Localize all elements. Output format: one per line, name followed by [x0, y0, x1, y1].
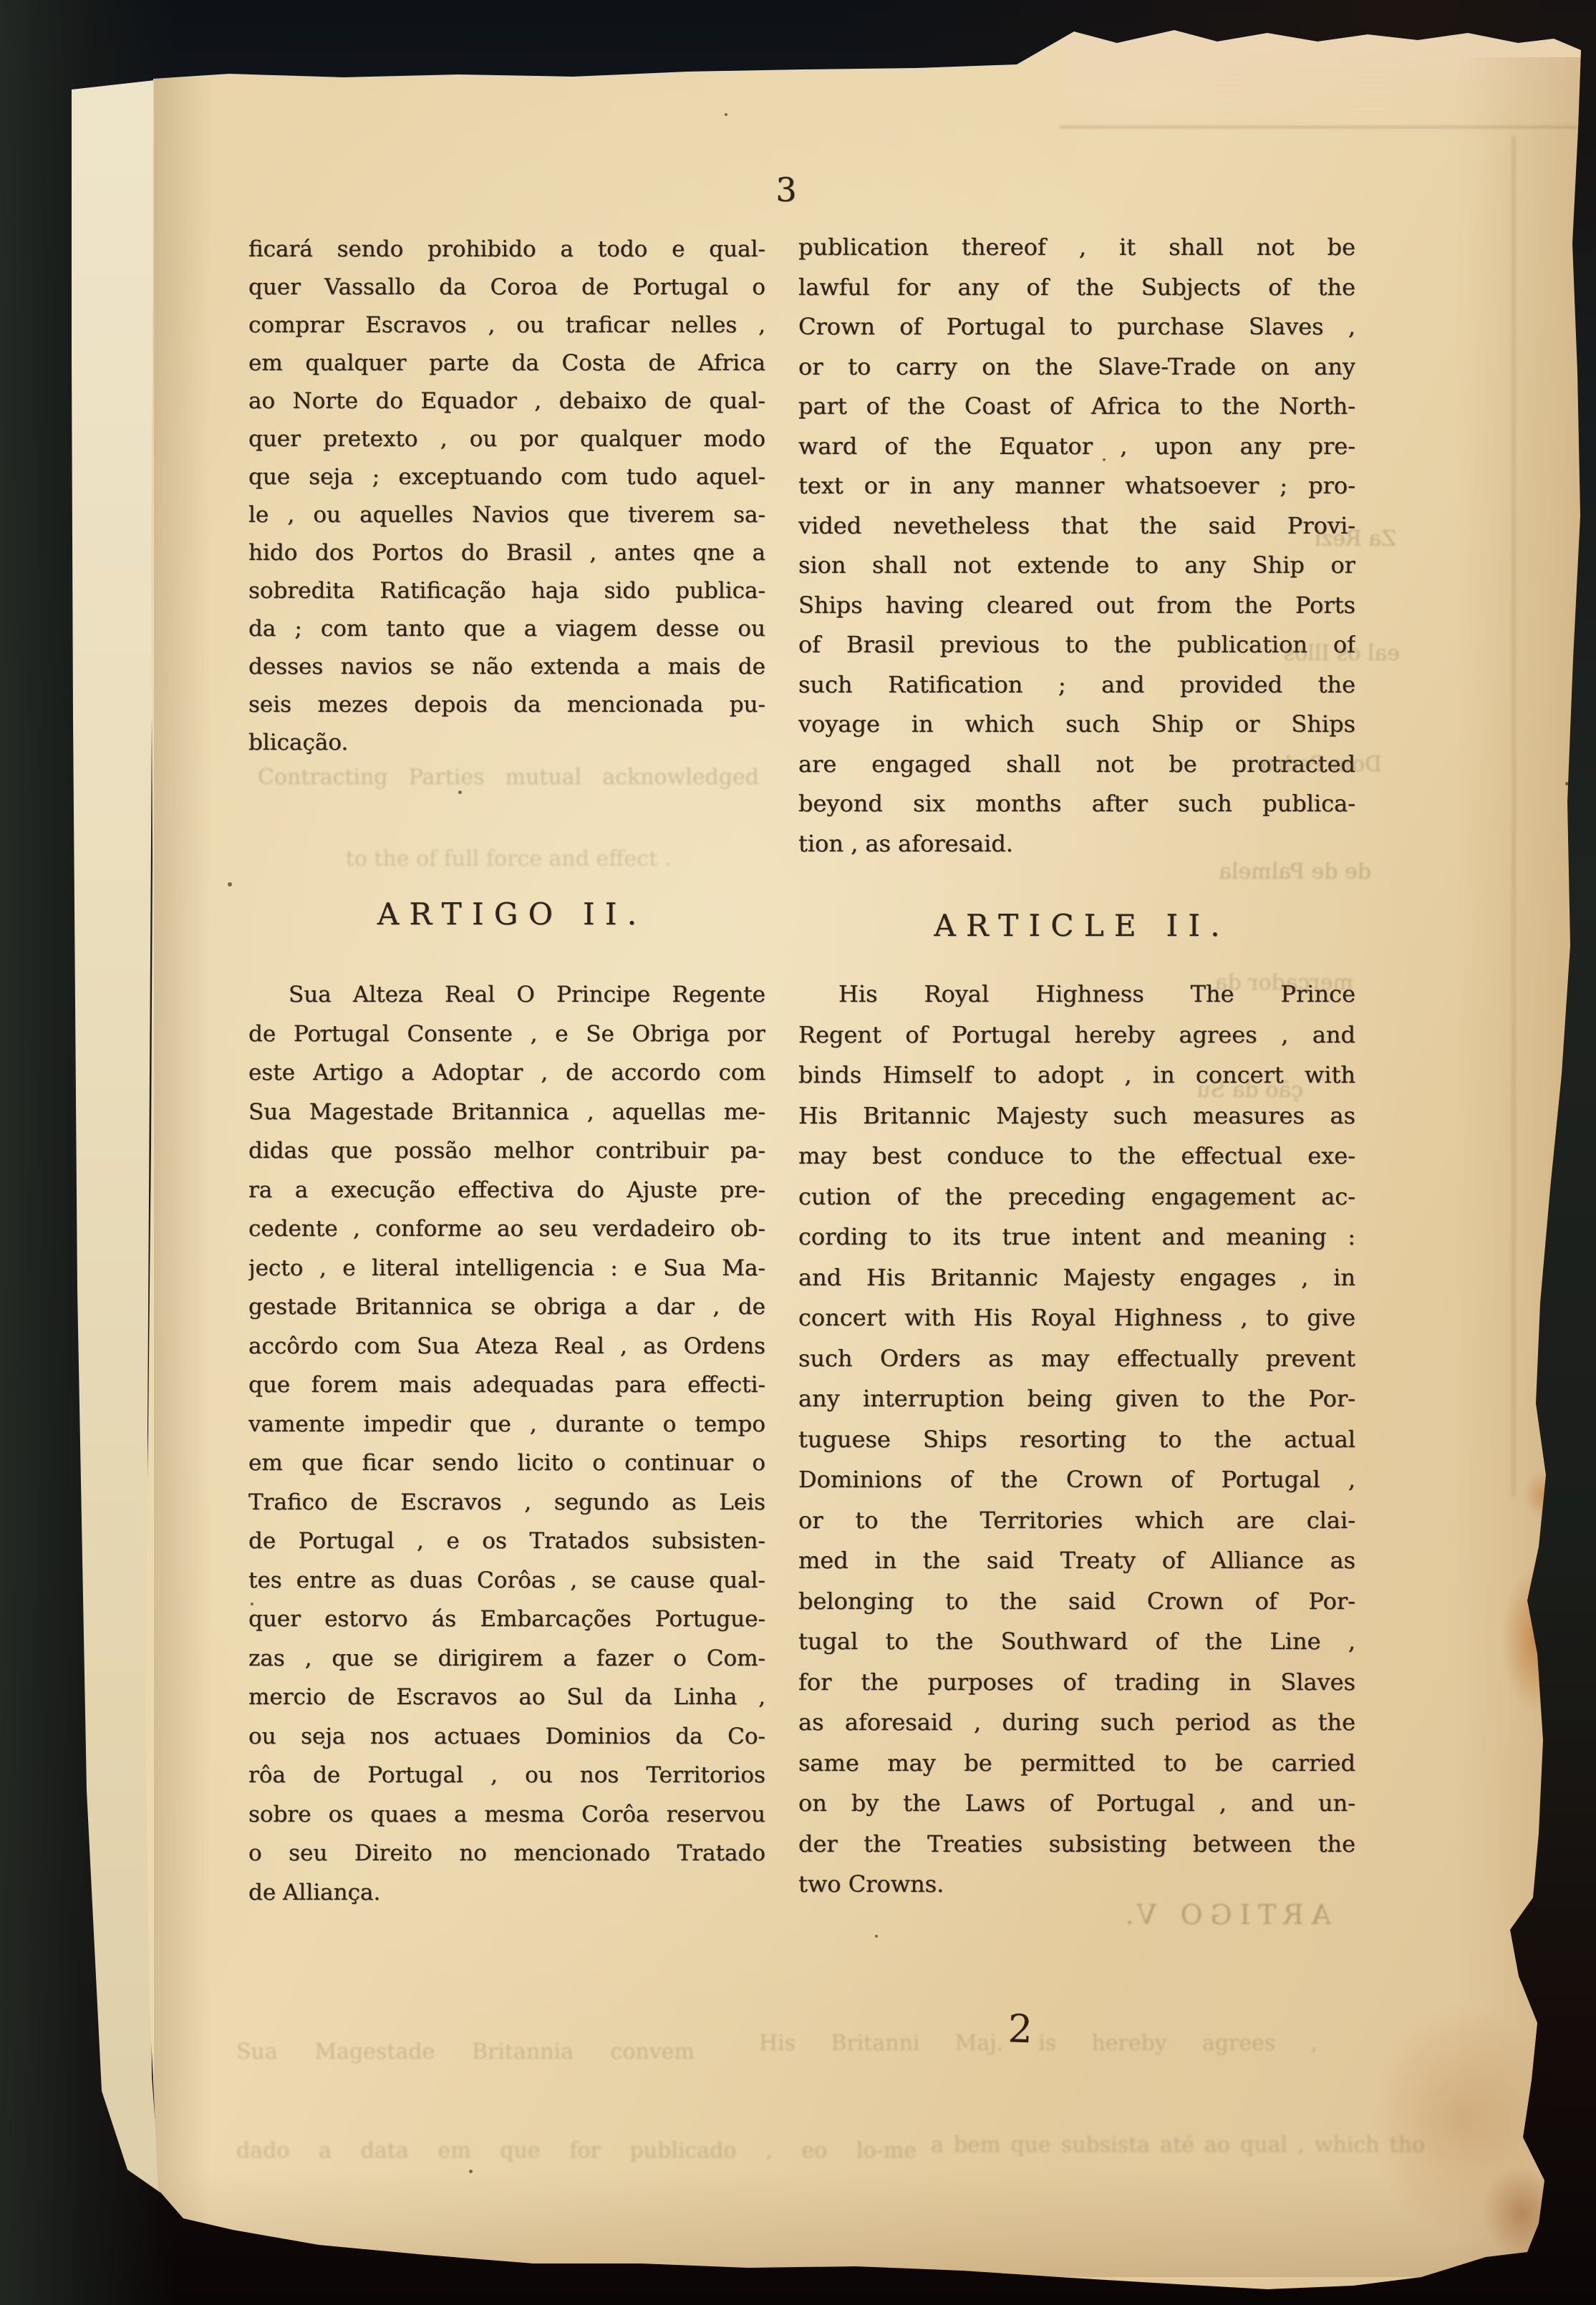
text-line: desses navios se não extenda a mais de — [248, 648, 765, 686]
text-line: publication thereof , it shall not be — [798, 228, 1355, 268]
ink-speck — [251, 1603, 253, 1605]
text-line: Trafico de Escravos , segundo as Leis — [248, 1483, 765, 1522]
text-line: cording to its true intent and meaning : — [798, 1217, 1355, 1257]
text-line: or to the Territories which are clai- — [798, 1500, 1355, 1541]
bleedthrough-text: dado a data em que for publicado , eo lo… — [236, 2138, 917, 2163]
text-line: le , ou aquelles Navios que tiverem sa- — [248, 496, 765, 534]
ink-speck — [469, 2170, 473, 2173]
ink-speck — [875, 1935, 878, 1938]
text-line: such Ratification ; and provided the — [798, 665, 1355, 705]
text-line: two Crowns. — [798, 1864, 1355, 1905]
text-line: sobre os quaes a mesma Corôa reservou — [248, 1795, 765, 1835]
text-line: or to carry on the Slave-Trade on any — [798, 347, 1355, 387]
paragraph-english-article2: His Royal Highness The PrinceRegent of P… — [798, 974, 1355, 1905]
page-number: 3 — [754, 170, 818, 209]
text-line: belonging to the said Crown of Por- — [798, 1581, 1355, 1622]
text-line: seis mezes depois da mencionada pu- — [248, 686, 765, 724]
text-line: der the Treaties subsisting between the — [798, 1824, 1355, 1865]
text-line: jecto , e literal intelligencia : e Sua … — [248, 1249, 765, 1288]
text-line: Dominions of the Crown of Portugal , — [798, 1459, 1355, 1500]
heading-article-ii: ARTICLE II. — [798, 908, 1355, 943]
text-line: for the purposes of trading in Slaves — [798, 1662, 1355, 1703]
text-line: quer estorvo ás Embarcações Portugue- — [248, 1600, 765, 1639]
text-line: voyage in which such Ship or Ships — [798, 705, 1355, 745]
text-line: tion , as aforesaid. — [798, 824, 1355, 864]
text-line: blicação. — [248, 724, 765, 762]
text-line: ra a execução effectiva do Ajuste pre- — [248, 1171, 765, 1210]
text-line: binds Himself to adopt , in concert with — [798, 1055, 1355, 1096]
text-line: beyond six months after such publica- — [798, 784, 1355, 824]
ink-speck — [228, 882, 232, 886]
book-page-scan: 3 ficará sendo prohibido a todo e qual-q… — [0, 0, 1596, 2305]
ink-speck — [725, 113, 727, 116]
text-line: gestade Britannica se obriga a dar , de — [248, 1287, 765, 1327]
text-line: da ; com tanto que a viagem desse ou — [248, 610, 765, 648]
text-line: em que ficar sendo licito o continuar o — [248, 1444, 765, 1483]
text-line: tuguese Ships resorting to the actual — [798, 1419, 1355, 1460]
text-line: ward of the Equator , upon any pre- — [798, 427, 1355, 467]
text-line: His Royal Highness The Prince — [798, 974, 1355, 1015]
text-line: de Portugal Consente , e Se Obriga por — [248, 1015, 765, 1054]
text-line: as aforesaid , during such period as the — [798, 1702, 1355, 1743]
ink-speck — [1103, 458, 1106, 461]
text-line: que forem mais adequadas para effecti- — [248, 1366, 765, 1405]
text-line: ficará sendo prohibido a todo e qual- — [248, 231, 765, 269]
text-line: cution of the preceding engagement ac- — [798, 1176, 1355, 1217]
text-line: este Artigo a Adoptar , de accordo com — [248, 1053, 765, 1093]
text-line: quer pretexto , ou por qualquer modo — [248, 420, 765, 458]
text-line: cedente , conforme ao seu verdadeiro ob- — [248, 1209, 765, 1249]
text-line: med in the said Treaty of Alliance as — [798, 1540, 1355, 1581]
text-line: didas que possão melhor contribuir pa- — [248, 1131, 765, 1171]
text-line: vamente impedir que , durante o tempo — [248, 1405, 765, 1444]
text-line: zas , que se dirigirem a fazer o Com- — [248, 1639, 765, 1678]
text-line: text or in any manner whatsoever ; pro- — [798, 466, 1355, 506]
text-line: concert with His Royal Highness , to giv… — [798, 1298, 1355, 1338]
heading-artigo-ii: ARTIGO II. — [248, 897, 765, 932]
text-line: o seu Direito no mencionado Tratado — [248, 1834, 765, 1873]
text-line: lawful for any of the Subjects of the — [798, 268, 1355, 308]
text-line: any interruption being given to the Por- — [798, 1378, 1355, 1419]
text-line: quer Vassallo da Coroa de Portugal o — [248, 269, 765, 306]
text-line: tes entre as duas Corôas , se cause qual… — [248, 1561, 765, 1600]
text-line: His Britannic Majesty such measures as — [798, 1096, 1355, 1136]
text-line: of Brasil previous to the publication of — [798, 625, 1355, 665]
text-line: Sua Magestade Britannica , aquellas me- — [248, 1093, 765, 1132]
bleedthrough-text: to the of full force and effect . — [308, 846, 709, 871]
text-line: que seja ; exceptuando com tudo aquel- — [248, 458, 765, 496]
ink-speck — [458, 791, 462, 794]
text-line: mercio de Escravos ao Sul da Linha , — [248, 1678, 765, 1717]
text-line: are engaged shall not be protracted — [798, 745, 1355, 785]
ink-speck — [320, 1030, 323, 1033]
text-line: sion shall not extende to any Ship or — [798, 546, 1355, 586]
text-line: comprar Escravos , ou traficar nelles , — [248, 306, 765, 344]
text-line: de Alliança. — [248, 1873, 765, 1913]
text-line: may best conduce to the effectual exe- — [798, 1136, 1355, 1176]
text-line: ou seja nos actuaes Dominios da Co- — [248, 1717, 765, 1756]
text-line: em qualquer parte da Costa de Africa — [248, 344, 765, 382]
paragraph-english-article1-continuation: publication thereof , it shall not belaw… — [798, 228, 1355, 864]
text-line: Ships having cleared out from the Ports — [798, 586, 1355, 626]
crease-line — [1512, 136, 1515, 1497]
crease-line — [1060, 126, 1586, 128]
bleedthrough-text: Sua Magestade Britannia convem — [236, 2039, 695, 2064]
text-line: on by the Laws of Portugal , and un- — [798, 1783, 1355, 1824]
paper-shading-left — [154, 77, 211, 2226]
bleedthrough-text: Contracting Parties mutual acknowledged — [258, 765, 759, 790]
text-line: vided nevetheless that the said Provi- — [798, 506, 1355, 546]
text-line: and His Britannic Majesty engages , in — [798, 1257, 1355, 1298]
text-line: accôrdo com Sua Ateza Real , as Ordens — [248, 1327, 765, 1366]
paragraph-portuguese-article1-continuation: ficará sendo prohibido a todo e qual-que… — [248, 231, 765, 762]
paragraph-portuguese-article2: Sua Alteza Real O Principe Regentede Por… — [248, 975, 765, 1912]
text-line: same may be permitted to be carried — [798, 1743, 1355, 1784]
text-line: sobredita Ratificação haja sido publica- — [248, 572, 765, 610]
text-line: Regent of Portugal hereby agrees , and — [798, 1015, 1355, 1055]
text-line: de Portugal , e os Tratados subsisten- — [248, 1522, 765, 1561]
text-line: Sua Alteza Real O Principe Regente — [248, 975, 765, 1015]
text-line: ao Norte do Equador , debaixo de qual- — [248, 382, 765, 420]
text-line: part of the Coast of Africa to the North… — [798, 387, 1355, 427]
text-line: tugal to the Southward of the Line , — [798, 1621, 1355, 1662]
text-line: rôa de Portugal , ou nos Territorios — [248, 1756, 765, 1795]
paper-shading-top — [1060, 36, 1590, 132]
bleedthrough-text: a bem que subsista até ao qual , which t… — [931, 2132, 1425, 2157]
signature-mark: 2 — [995, 2006, 1046, 2052]
document-page: 3 ficará sendo prohibido a todo e qual-q… — [0, 0, 1596, 2305]
text-line: such Orders as may effectually prevent — [798, 1338, 1355, 1379]
text-line: hido dos Portos do Brasil , antes qne a — [248, 534, 765, 572]
text-line: Crown of Portugal to purchase Slaves , — [798, 307, 1355, 347]
